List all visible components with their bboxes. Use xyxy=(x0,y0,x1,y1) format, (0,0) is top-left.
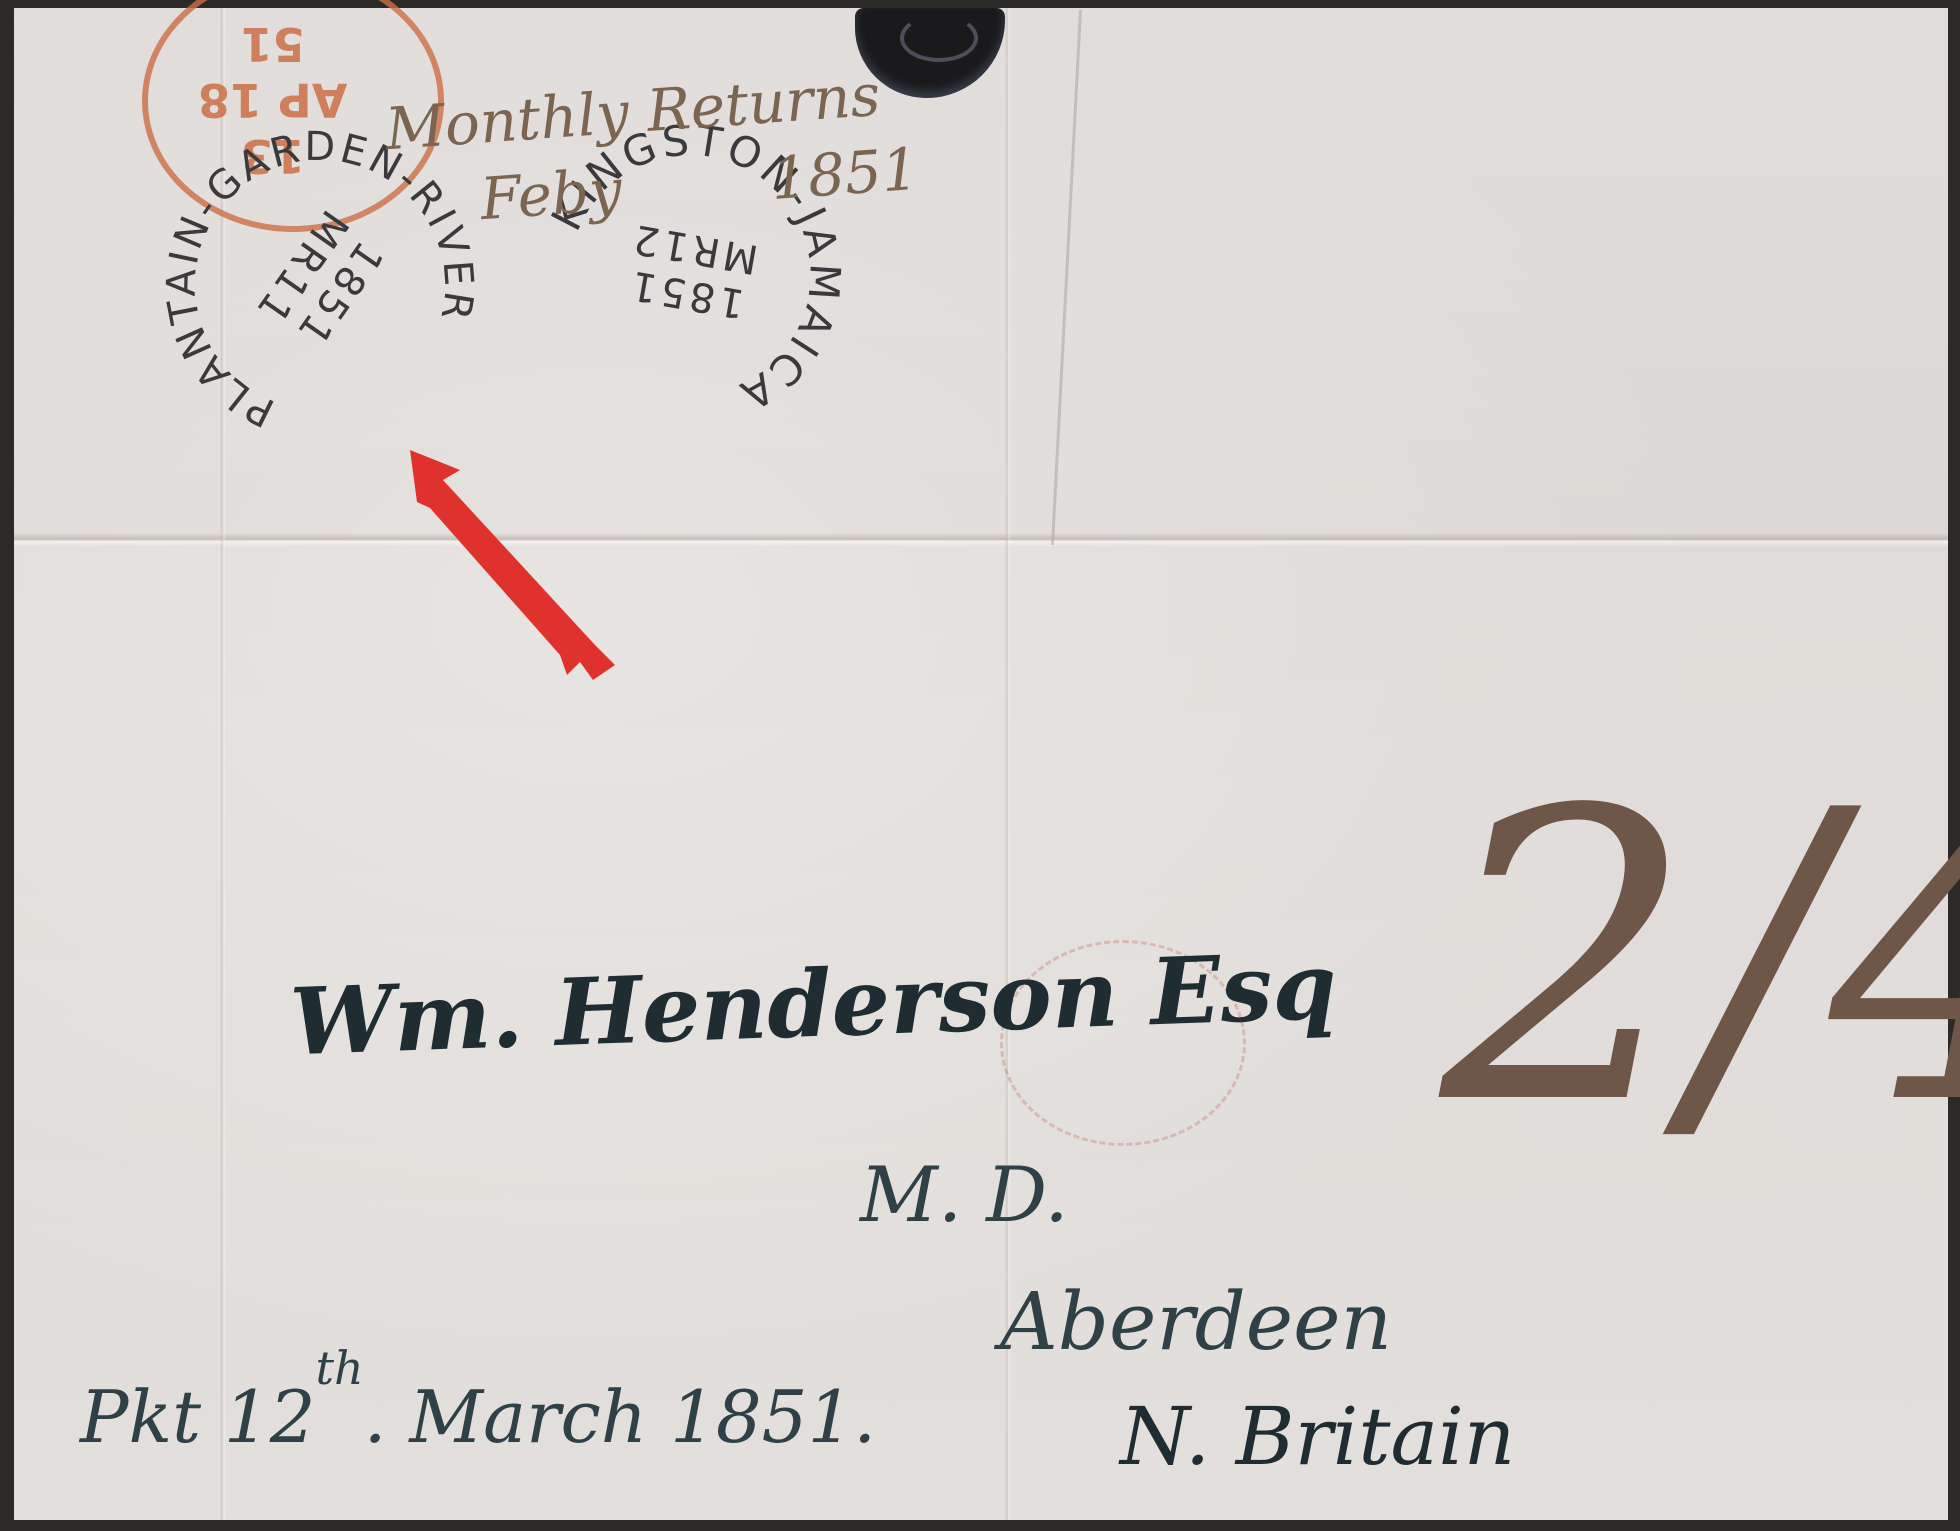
packet-ordinal: th xyxy=(316,1341,364,1395)
docket-month: Feby xyxy=(478,156,624,234)
red-arrow-icon xyxy=(405,440,625,690)
packet-prefix: Pkt 12 xyxy=(80,1375,316,1459)
packet-date: . March 1851. xyxy=(364,1375,877,1459)
horizontal-fold xyxy=(14,533,1948,547)
packet-date-note: Pkt 12th. March 1851. xyxy=(80,1375,876,1459)
address-city: Aberdeen xyxy=(1000,1275,1392,1368)
address-country: N. Britain xyxy=(1120,1390,1515,1483)
postage-rate-marking: 2/4 xyxy=(1440,760,1960,1160)
docket-year: 1851 xyxy=(769,135,921,213)
addressee-title: M. D. xyxy=(860,1150,1069,1239)
plantain-garden-river-postmark: PLANTAIN-GARDEN-RIVER 1851 MR11 xyxy=(175,140,465,430)
